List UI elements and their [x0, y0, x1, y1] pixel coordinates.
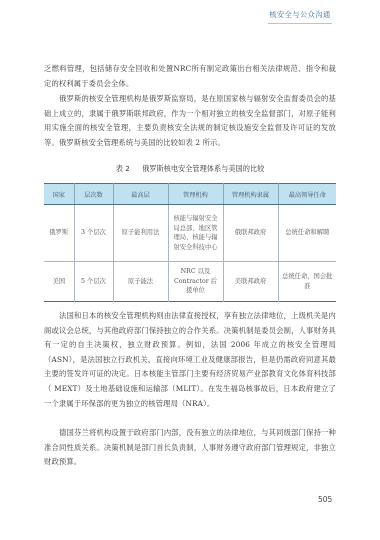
- cell-country: 美国: [44, 262, 74, 302]
- header-agency: 管理机构: [168, 184, 223, 205]
- header-top-level: 最高层: [113, 184, 168, 205]
- paragraph-nrc-continuation: 乏燃料管理，包括储存安全回收和处置NRC所有制定政策出台相关法律规范、指令和裁定…: [44, 62, 336, 91]
- table-caption-title: 俄罗斯核电安全管理体系与美国的比较: [142, 164, 264, 173]
- paragraph-russia: 俄罗斯的核安全管理机构是俄罗斯监察局，是在原国家核与辐射安全监督委员会的基础上成…: [44, 92, 336, 150]
- table-row: 俄罗斯 3 个层次 原子能利用法 核能与辐射安全局总部、地区管理局、核能与辐射安…: [44, 205, 336, 262]
- cell-agency-affiliation: 俄联邦政府: [223, 205, 278, 262]
- paragraph-germany-finland: 德国芬兰将机构设置于政府部门内部，没有独立的法律地位，与其同级部门保持一种准合同…: [44, 426, 336, 470]
- header-country: 国家: [44, 184, 74, 205]
- cell-top-level: 原子能利用法: [113, 205, 168, 262]
- paragraph-france-japan: 法国和日本的核安全管理机构则由法律直接授权，享有独立法律地位，上级机关是内阁或议…: [44, 309, 336, 411]
- table-caption-number: 表 2: [116, 164, 130, 173]
- cell-levels: 3 个层次: [74, 205, 113, 262]
- running-head: 核安全与公众沟通: [268, 10, 332, 24]
- cell-levels: 5 个层次: [74, 262, 113, 302]
- header-agency-affiliation: 管理机构隶属: [223, 184, 278, 205]
- table-row: 美国 5 个层次 原子能法 NRC 以及 Contractor 后援单位 美联邦…: [44, 262, 336, 302]
- table-caption: 表 2 俄罗斯核电安全管理体系与美国的比较: [44, 164, 336, 174]
- cell-country: 俄罗斯: [44, 205, 74, 262]
- cell-agency: 核能与辐射安全局总部、地区管理局、核能与辐射安全科技中心: [168, 205, 223, 262]
- header-levels: 层次数: [74, 184, 113, 205]
- cell-leader-appointment: 总统任命，国会批准: [278, 262, 336, 302]
- header-leader-appointment: 最高领导任命: [278, 184, 336, 205]
- cell-leader-appointment: 总统任命和解聘: [278, 205, 336, 262]
- table-header-row: 国家 层次数 最高层 管理机构 管理机构隶属 最高领导任命: [44, 184, 336, 205]
- comparison-table: 国家 层次数 最高层 管理机构 管理机构隶属 最高领导任命 俄罗斯 3 个层次 …: [44, 183, 336, 302]
- cell-agency: NRC 以及 Contractor 后援单位: [168, 262, 223, 302]
- cell-top-level: 原子能法: [113, 262, 168, 302]
- cell-agency-affiliation: 美联邦政府: [223, 262, 278, 302]
- page-number: 505: [318, 495, 332, 504]
